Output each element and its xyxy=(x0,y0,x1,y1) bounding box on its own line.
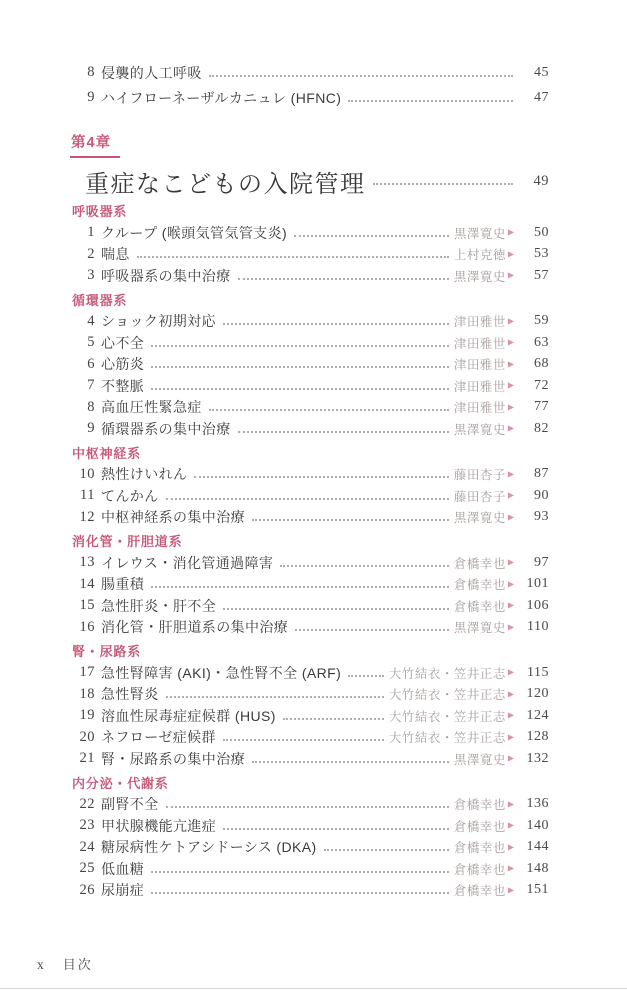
section-heading: 循環器系 xyxy=(72,291,549,311)
entry-authors: 倉橋幸也 xyxy=(454,817,506,835)
dot-leader xyxy=(283,718,384,720)
dot-leader xyxy=(223,828,449,830)
entry-number: 8 xyxy=(70,399,95,416)
arrow-right-icon: ▶ xyxy=(508,316,514,325)
toc-content: 8 侵襲的人工呼吸 45 9 ハイフローネーザルカニュレ (HFNC) 47 第… xyxy=(0,0,627,901)
entry-title: ハイフローネーザルカニュレ (HFNC) xyxy=(101,88,341,108)
chapter-label-wrap: 第4章 xyxy=(70,134,549,158)
entry-title: 尿崩症 xyxy=(101,880,144,900)
entry-number: 25 xyxy=(70,860,95,877)
entry-number: 8 xyxy=(70,64,95,81)
toc-entry: 25 低血糖 倉橋幸也 ▶ 148 xyxy=(70,858,549,880)
entry-page-number: 110 xyxy=(518,619,549,635)
entry-title: 呼吸器系の集中治療 xyxy=(101,266,231,286)
entry-number: 5 xyxy=(70,334,95,351)
arrow-right-icon: ▶ xyxy=(508,842,514,851)
entry-page-number: 128 xyxy=(518,729,549,745)
dot-leader xyxy=(223,608,449,610)
footer-toc-label: 目次 xyxy=(63,954,93,973)
section-items: 1 クループ (喉頭気管気管支炎) 黒澤寛史 ▶ 50 2 喘息 上村克徳 ▶ … xyxy=(70,222,549,287)
entry-authors: 倉橋幸也 xyxy=(454,795,506,813)
toc-entry: 15 急性肝炎・肝不全 倉橋幸也 ▶ 106 xyxy=(70,595,549,617)
section-heading: 消化管・肝胆道系 xyxy=(72,532,549,552)
entry-authors: 倉橋幸也 xyxy=(454,881,506,899)
toc-entry: 6 心筋炎 津田雅世 ▶ 68 xyxy=(70,354,549,376)
dot-leader xyxy=(280,565,448,567)
toc-section: 循環器系 4 ショック初期対応 津田雅世 ▶ 59 5 心不全 津田雅世 ▶ 6… xyxy=(70,291,549,440)
entry-authors: 黒澤寛史 xyxy=(454,420,506,438)
entry-title: 高血圧性緊急症 xyxy=(101,397,202,417)
entry-authors: 津田雅世 xyxy=(454,377,506,395)
entry-authors: 黒澤寛史 xyxy=(454,224,506,242)
toc-entry: 2 喘息 上村克徳 ▶ 53 xyxy=(70,244,549,266)
dot-leader xyxy=(238,278,449,280)
arrow-right-icon: ▶ xyxy=(508,271,514,280)
section-heading: 内分泌・代謝系 xyxy=(72,774,549,794)
entry-authors: 津田雅世 xyxy=(454,312,506,330)
entry-title: ショック初期対応 xyxy=(101,311,216,331)
entry-page-number: 90 xyxy=(518,488,549,504)
dot-leader xyxy=(348,675,384,677)
arrow-right-icon: ▶ xyxy=(508,381,514,390)
toc-section: 腎・尿路系 17 急性腎障害 (AKI)・急性腎不全 (ARF) 大竹結衣・笠井… xyxy=(70,642,549,770)
toc-entry: 14 腸重積 倉橋幸也 ▶ 101 xyxy=(70,574,549,596)
entry-authors: 津田雅世 xyxy=(454,334,506,352)
entry-page-number: 151 xyxy=(518,882,549,898)
dot-leader xyxy=(252,761,449,763)
toc-entry: 24 糖尿病性ケトアシドーシス (DKA) 倉橋幸也 ▶ 144 xyxy=(70,837,549,859)
chapter-label: 第4章 xyxy=(70,135,120,158)
arrow-right-icon: ▶ xyxy=(508,338,514,347)
entry-page-number: 87 xyxy=(518,466,549,482)
entry-authors: 倉橋幸也 xyxy=(454,554,506,572)
toc-entry: 10 熱性けいれん 藤田杏子 ▶ 87 xyxy=(70,464,549,486)
entry-page-number: 57 xyxy=(518,268,549,284)
entry-page-number: 53 xyxy=(518,246,549,262)
dot-leader xyxy=(166,806,449,808)
toc-entry: 9 ハイフローネーザルカニュレ (HFNC) 47 xyxy=(70,85,549,110)
entry-title: 甲状腺機能亢進症 xyxy=(101,816,216,836)
entry-authors: 上村克徳 xyxy=(454,245,506,263)
dot-leader xyxy=(137,256,449,258)
arrow-right-icon: ▶ xyxy=(508,821,514,830)
dot-leader xyxy=(194,476,448,478)
toc-page: 8 侵襲的人工呼吸 45 9 ハイフローネーザルカニュレ (HFNC) 47 第… xyxy=(0,0,627,1000)
entry-number: 2 xyxy=(70,246,95,263)
entry-number: 15 xyxy=(70,597,95,614)
section-items: 4 ショック初期対応 津田雅世 ▶ 59 5 心不全 津田雅世 ▶ 63 6 心… xyxy=(70,311,549,440)
entry-page-number: 115 xyxy=(518,665,549,681)
section-items: 10 熱性けいれん 藤田杏子 ▶ 87 11 てんかん 藤田杏子 ▶ 90 12… xyxy=(70,464,549,529)
entry-number: 20 xyxy=(70,729,95,746)
entry-authors: 津田雅世 xyxy=(454,355,506,373)
section-heading: 呼吸器系 xyxy=(72,202,549,222)
entry-title: 中枢神経系の集中治療 xyxy=(101,507,245,527)
toc-entry: 21 腎・尿路系の集中治療 黒澤寛史 ▶ 132 xyxy=(70,748,549,770)
entry-number: 17 xyxy=(70,664,95,681)
entry-page-number: 82 xyxy=(518,421,549,437)
entry-title: てんかん xyxy=(101,486,159,506)
arrow-right-icon: ▶ xyxy=(508,668,514,677)
toc-section: 中枢神経系 10 熱性けいれん 藤田杏子 ▶ 87 11 てんかん 藤田杏子 ▶… xyxy=(70,444,549,529)
entry-page-number: 97 xyxy=(518,555,549,571)
entry-page-number: 106 xyxy=(518,598,549,614)
chapter-page-number: 49 xyxy=(518,173,549,190)
entry-title: 心筋炎 xyxy=(101,354,144,374)
entry-page-number: 68 xyxy=(518,356,549,372)
toc-entry: 1 クループ (喉頭気管気管支炎) 黒澤寛史 ▶ 50 xyxy=(70,222,549,244)
page-footer: x 目次 xyxy=(37,954,93,973)
arrow-right-icon: ▶ xyxy=(508,579,514,588)
entry-title: 急性腎障害 (AKI)・急性腎不全 (ARF) xyxy=(101,663,341,683)
toc-entry: 9 循環器系の集中治療 黒澤寛史 ▶ 82 xyxy=(70,418,549,440)
entry-title: ネフローゼ症候群 xyxy=(101,727,216,747)
toc-entry: 11 てんかん 藤田杏子 ▶ 90 xyxy=(70,485,549,507)
toc-entry: 4 ショック初期対応 津田雅世 ▶ 59 xyxy=(70,311,549,333)
arrow-right-icon: ▶ xyxy=(508,359,514,368)
dot-leader xyxy=(209,409,449,411)
toc-entry: 5 心不全 津田雅世 ▶ 63 xyxy=(70,332,549,354)
entry-title: クループ (喉頭気管気管支炎) xyxy=(101,223,287,243)
entry-title: 消化管・肝胆道系の集中治療 xyxy=(101,617,288,637)
dot-leader xyxy=(223,739,384,741)
entry-page-number: 77 xyxy=(518,399,549,415)
section-items: 13 イレウス・消化管通過障害 倉橋幸也 ▶ 97 14 腸重積 倉橋幸也 ▶ … xyxy=(70,552,549,638)
entry-authors: 倉橋幸也 xyxy=(454,597,506,615)
toc-entry: 8 侵襲的人工呼吸 45 xyxy=(70,60,549,85)
dot-leader xyxy=(294,235,449,237)
chapter-title: 重症なこどもの入院管理 xyxy=(85,164,366,199)
toc-entry: 18 急性腎炎 大竹結衣・笠井正志 ▶ 120 xyxy=(70,684,549,706)
toc-section: 内分泌・代謝系 22 副腎不全 倉橋幸也 ▶ 136 23 甲状腺機能亢進症 倉… xyxy=(70,774,549,902)
entry-page-number: 72 xyxy=(518,378,549,394)
dot-leader xyxy=(166,696,384,698)
dot-leader xyxy=(151,345,449,347)
entry-title: 不整脈 xyxy=(101,376,144,396)
entry-authors: 倉橋幸也 xyxy=(454,860,506,878)
dot-leader xyxy=(348,100,513,102)
toc-entry: 23 甲状腺機能亢進症 倉橋幸也 ▶ 140 xyxy=(70,815,549,837)
toc-entry: 17 急性腎障害 (AKI)・急性腎不全 (ARF) 大竹結衣・笠井正志 ▶ 1… xyxy=(70,662,549,684)
arrow-right-icon: ▶ xyxy=(508,601,514,610)
entry-authors: 藤田杏子 xyxy=(454,487,506,505)
arrow-right-icon: ▶ xyxy=(508,799,514,808)
entry-number: 4 xyxy=(70,313,95,330)
arrow-right-icon: ▶ xyxy=(508,249,514,258)
arrow-right-icon: ▶ xyxy=(508,622,514,631)
entry-authors: 大竹結衣・笠井正志 xyxy=(389,685,506,703)
entry-number: 23 xyxy=(70,817,95,834)
arrow-right-icon: ▶ xyxy=(508,491,514,500)
arrow-right-icon: ▶ xyxy=(508,754,514,763)
arrow-right-icon: ▶ xyxy=(508,512,514,521)
entry-page-number: 101 xyxy=(518,576,549,592)
entry-authors: 倉橋幸也 xyxy=(454,838,506,856)
entry-page-number: 45 xyxy=(518,65,549,81)
dot-leader xyxy=(295,629,449,631)
entry-title: 腸重積 xyxy=(101,574,144,594)
entry-number: 12 xyxy=(70,509,95,526)
dot-leader xyxy=(373,183,514,185)
entry-number: 11 xyxy=(70,487,95,504)
entry-page-number: 47 xyxy=(518,90,549,106)
entry-page-number: 148 xyxy=(518,861,549,877)
page-edge-line xyxy=(0,988,627,989)
arrow-right-icon: ▶ xyxy=(508,689,514,698)
arrow-right-icon: ▶ xyxy=(508,402,514,411)
toc-entry: 22 副腎不全 倉橋幸也 ▶ 136 xyxy=(70,794,549,816)
entry-number: 14 xyxy=(70,576,95,593)
entry-page-number: 136 xyxy=(518,796,549,812)
entry-authors: 大竹結衣・笠井正志 xyxy=(389,707,506,725)
arrow-right-icon: ▶ xyxy=(508,732,514,741)
dot-leader xyxy=(151,586,449,588)
entry-authors: 大竹結衣・笠井正志 xyxy=(389,728,506,746)
entry-authors: 黒澤寛史 xyxy=(454,750,506,768)
arrow-right-icon: ▶ xyxy=(508,558,514,567)
entry-number: 10 xyxy=(70,466,95,483)
entry-number: 19 xyxy=(70,707,95,724)
entry-number: 9 xyxy=(70,420,95,437)
toc-entry: 3 呼吸器系の集中治療 黒澤寛史 ▶ 57 xyxy=(70,265,549,287)
entry-authors: 黒澤寛史 xyxy=(454,267,506,285)
entry-title: 喘息 xyxy=(101,244,130,264)
toc-entry: 20 ネフローゼ症候群 大竹結衣・笠井正志 ▶ 128 xyxy=(70,727,549,749)
toc-entry: 12 中枢神経系の集中治療 黒澤寛史 ▶ 93 xyxy=(70,507,549,529)
dot-leader xyxy=(223,323,449,325)
entry-number: 22 xyxy=(70,796,95,813)
toc-entry: 7 不整脈 津田雅世 ▶ 72 xyxy=(70,375,549,397)
entry-number: 3 xyxy=(70,267,95,284)
entry-authors: 黒澤寛史 xyxy=(454,508,506,526)
entry-page-number: 50 xyxy=(518,225,549,241)
toc-section: 消化管・肝胆道系 13 イレウス・消化管通過障害 倉橋幸也 ▶ 97 14 腸重… xyxy=(70,532,549,638)
entry-number: 16 xyxy=(70,619,95,636)
arrow-right-icon: ▶ xyxy=(508,228,514,237)
entry-page-number: 132 xyxy=(518,751,549,767)
entry-authors: 津田雅世 xyxy=(454,398,506,416)
entry-page-number: 124 xyxy=(518,708,549,724)
entry-number: 6 xyxy=(70,356,95,373)
section-items: 22 副腎不全 倉橋幸也 ▶ 136 23 甲状腺機能亢進症 倉橋幸也 ▶ 14… xyxy=(70,794,549,902)
entry-number: 9 xyxy=(70,89,95,106)
entry-page-number: 144 xyxy=(518,839,549,855)
entry-number: 7 xyxy=(70,377,95,394)
arrow-right-icon: ▶ xyxy=(508,469,514,478)
section-heading: 中枢神経系 xyxy=(72,444,549,464)
toc-sections: 呼吸器系 1 クループ (喉頭気管気管支炎) 黒澤寛史 ▶ 50 2 喘息 上村… xyxy=(70,202,549,901)
prev-chapter-items: 8 侵襲的人工呼吸 45 9 ハイフローネーザルカニュレ (HFNC) 47 xyxy=(70,60,549,110)
entry-authors: 大竹結衣・笠井正志 xyxy=(389,664,506,682)
entry-page-number: 93 xyxy=(518,509,549,525)
section-items: 17 急性腎障害 (AKI)・急性腎不全 (ARF) 大竹結衣・笠井正志 ▶ 1… xyxy=(70,662,549,770)
arrow-right-icon: ▶ xyxy=(508,864,514,873)
toc-entry: 16 消化管・肝胆道系の集中治療 黒澤寛史 ▶ 110 xyxy=(70,617,549,639)
entry-number: 1 xyxy=(70,224,95,241)
entry-number: 24 xyxy=(70,839,95,856)
entry-authors: 倉橋幸也 xyxy=(454,575,506,593)
entry-authors: 藤田杏子 xyxy=(454,465,506,483)
chapter-title-row: 重症なこどもの入院管理 49 xyxy=(70,164,549,198)
entry-title: 侵襲的人工呼吸 xyxy=(101,63,202,83)
toc-entry: 19 溶血性尿毒症症候群 (HUS) 大竹結衣・笠井正志 ▶ 124 xyxy=(70,705,549,727)
toc-entry: 8 高血圧性緊急症 津田雅世 ▶ 77 xyxy=(70,397,549,419)
dot-leader xyxy=(151,388,449,390)
dot-leader xyxy=(209,75,513,77)
entry-number: 18 xyxy=(70,686,95,703)
entry-title: 循環器系の集中治療 xyxy=(101,419,231,439)
toc-entry: 26 尿崩症 倉橋幸也 ▶ 151 xyxy=(70,880,549,902)
entry-title: 熱性けいれん xyxy=(101,464,187,484)
dot-leader xyxy=(252,519,449,521)
toc-entry: 13 イレウス・消化管通過障害 倉橋幸也 ▶ 97 xyxy=(70,552,549,574)
toc-section: 呼吸器系 1 クループ (喉頭気管気管支炎) 黒澤寛史 ▶ 50 2 喘息 上村… xyxy=(70,202,549,287)
arrow-right-icon: ▶ xyxy=(508,424,514,433)
entry-title: 急性腎炎 xyxy=(101,684,159,704)
entry-title: イレウス・消化管通過障害 xyxy=(101,553,273,573)
arrow-right-icon: ▶ xyxy=(508,711,514,720)
page-number-roman: x xyxy=(37,957,44,973)
entry-title: 低血糖 xyxy=(101,859,144,879)
entry-title: 溶血性尿毒症症候群 (HUS) xyxy=(101,706,276,726)
entry-page-number: 59 xyxy=(518,313,549,329)
entry-title: 副腎不全 xyxy=(101,794,159,814)
dot-leader xyxy=(151,871,449,873)
dot-leader xyxy=(324,849,449,851)
entry-page-number: 63 xyxy=(518,335,549,351)
entry-page-number: 120 xyxy=(518,686,549,702)
dot-leader xyxy=(238,431,449,433)
arrow-right-icon: ▶ xyxy=(508,885,514,894)
entry-number: 21 xyxy=(70,750,95,767)
entry-title: 腎・尿路系の集中治療 xyxy=(101,749,245,769)
entry-title: 糖尿病性ケトアシドーシス (DKA) xyxy=(101,837,317,857)
entry-number: 13 xyxy=(70,554,95,571)
section-heading: 腎・尿路系 xyxy=(72,642,549,662)
entry-page-number: 140 xyxy=(518,818,549,834)
dot-leader xyxy=(151,892,449,894)
dot-leader xyxy=(151,366,449,368)
entry-number: 26 xyxy=(70,882,95,899)
entry-title: 心不全 xyxy=(101,333,144,353)
entry-title: 急性肝炎・肝不全 xyxy=(101,596,216,616)
entry-authors: 黒澤寛史 xyxy=(454,618,506,636)
dot-leader xyxy=(166,498,449,500)
